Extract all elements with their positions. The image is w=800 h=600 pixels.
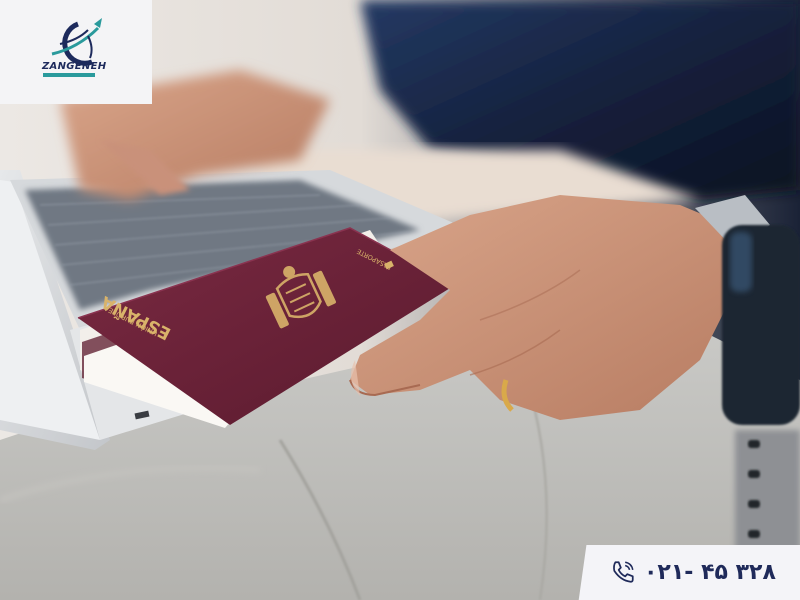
hero-image: ESPAÑA UNIÓN EUROPEA PASAPORTE <box>0 0 800 600</box>
logo-card: ZANGENEH <box>0 0 152 104</box>
brand-tagline-bar <box>43 73 95 77</box>
phone-number: ۰۲۱- ۴۵ ۳۲۸ <box>644 560 776 585</box>
phone-call-icon <box>610 559 636 585</box>
brand-name: ZANGENEH <box>42 61 106 72</box>
phone-contact[interactable]: ۰۲۱- ۴۵ ۳۲۸ <box>610 552 776 592</box>
